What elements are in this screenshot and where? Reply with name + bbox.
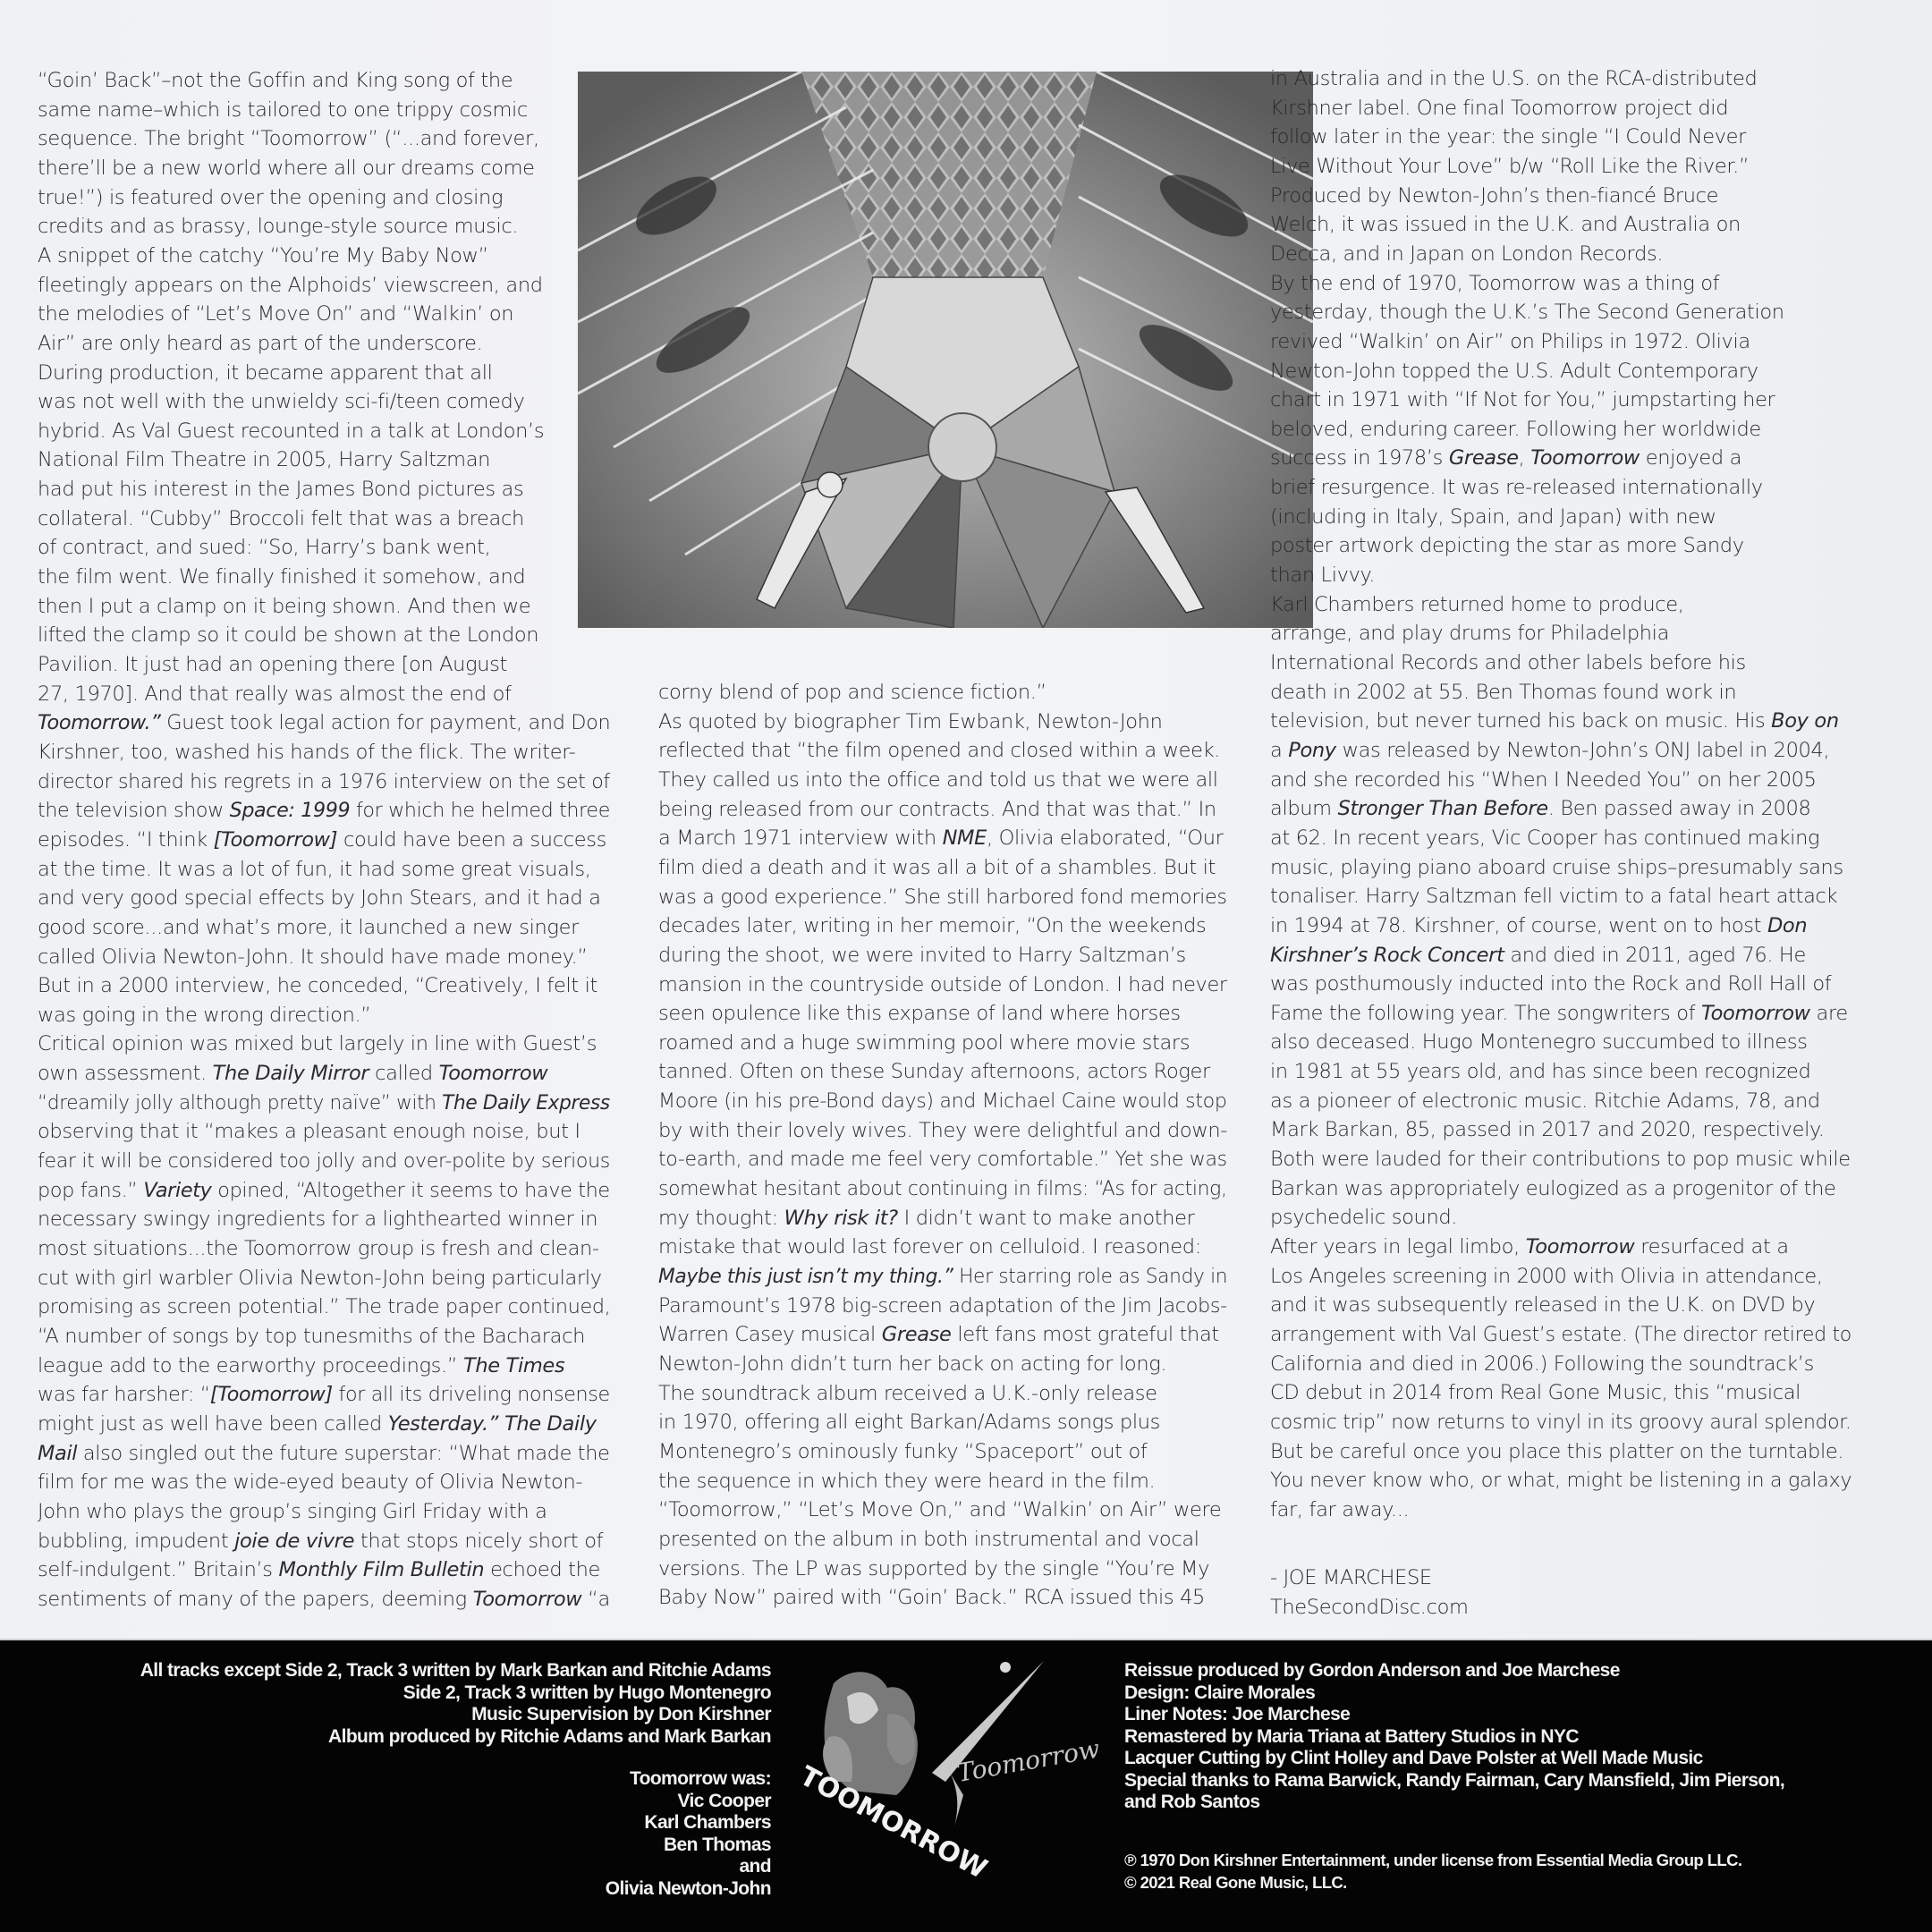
text-line: psychedelic sound. — [1270, 1203, 1457, 1233]
text-line: roamed and a huge swimming pool where mo… — [658, 1029, 1190, 1058]
text-line: bubbling, impudent joie de vivre that st… — [38, 1527, 603, 1556]
author-signature: - JOE MARCHESE — [1270, 1563, 1432, 1593]
text-line: chart in 1971 with “If Not for You,” jum… — [1270, 386, 1775, 415]
text-line: Barkan was appropriately eulogized as a … — [1270, 1174, 1836, 1204]
text-line: good score...and what’s more, it launche… — [38, 913, 579, 943]
text-line: versions. The LP was supported by the si… — [658, 1555, 1209, 1584]
text-line: in 1994 at 78. Kirshner, of course, went… — [1270, 911, 1807, 941]
songwriting-credits: All tracks except Side 2, Track 3 writte… — [140, 1660, 771, 1748]
text-line: Maybe this just isn’t my thing.” Her sta… — [658, 1262, 1227, 1292]
text-line: film for me was the wide-eyed beauty of … — [38, 1468, 582, 1497]
text-line: (including in Italy, Spain, and Japan) w… — [1270, 503, 1716, 532]
text-line: revived “Walkin’ on Air” on Philips in 1… — [1270, 327, 1750, 357]
text-line: most situations...the Toomorrow group is… — [38, 1234, 599, 1264]
text-line: and very good special effects by John St… — [38, 884, 601, 913]
text-line: Warren Casey musical Grease left fans mo… — [658, 1320, 1219, 1350]
text-line: at the time. It was a lot of fun, it had… — [38, 855, 591, 885]
text-line: Moore (in his pre-Bond days) and Michael… — [658, 1087, 1227, 1116]
text-line: and she recorded his “When I Needed You”… — [1270, 766, 1817, 795]
text-line: By the end of 1970, Toomorrow was a thin… — [1270, 269, 1719, 299]
text-line: Toomorrow.” Guest took legal action for … — [38, 708, 610, 738]
text-line: arrangement with Val Guest’s estate. (Th… — [1270, 1320, 1851, 1350]
text-line: self-indulgent.” Britain’s Monthly Film … — [38, 1555, 600, 1585]
author-website: TheSecondDisc.com — [1270, 1593, 1469, 1623]
text-line: the television show Space: 1999 for whic… — [38, 796, 610, 826]
text-line: Paramount’s 1978 big-screen adaptation o… — [658, 1292, 1227, 1321]
text-line: league add to the earworthy proceedings.… — [38, 1352, 564, 1381]
text-line: As quoted by biographer Tim Ewbank, Newt… — [658, 708, 1162, 737]
credit-line: and Rob Santos — [1124, 1792, 1784, 1814]
copyright-notice: ℗ 1970 Don Kirshner Entertainment, under… — [1124, 1850, 1741, 1894]
text-line: CD debut in 2014 from Real Gone Music, t… — [1270, 1378, 1801, 1408]
toomorrow-logo-icon: TOOMORROW Toomorrow — [780, 1648, 1129, 1916]
text-line: the film went. We finally finished it so… — [38, 563, 525, 592]
toomorrow-logo: TOOMORROW Toomorrow — [780, 1648, 1129, 1916]
text-line: corny blend of pop and science fiction.” — [658, 678, 1046, 708]
text-line: 27, 1970]. And that really was almost th… — [38, 680, 512, 709]
text-line: also deceased. Hugo Montenegro succumbed… — [1270, 1028, 1808, 1057]
text-line: hybrid. As Val Guest recounted in a talk… — [38, 417, 544, 446]
reissue-credits: Reissue produced by Gordon Anderson and … — [1124, 1660, 1784, 1814]
member-name: Karl Chambers — [606, 1812, 771, 1835]
text-line: of contract, and sued: “So, Harry’s bank… — [38, 533, 490, 563]
text-line: was going in the wrong direction.” — [38, 1001, 371, 1030]
text-line: by with their lovely wives. They were de… — [658, 1116, 1227, 1146]
credit-line: Lacquer Cutting by Clint Holley and Dave… — [1124, 1748, 1784, 1770]
text-line: Newton-John topped the U.S. Adult Contem… — [1270, 357, 1758, 386]
text-line: Montenegro’s ominously funky “Spaceport”… — [658, 1437, 1147, 1467]
text-line: tonaliser. Harry Saltzman fell victim to… — [1270, 882, 1837, 911]
credit-line: Side 2, Track 3 written by Hugo Monteneg… — [140, 1682, 771, 1705]
text-line: Kirshner, too, washed his hands of the f… — [38, 738, 575, 767]
text-line: fleetingly appears on the Alphoids’ view… — [38, 271, 543, 301]
text-line: yesterday, though the U.K.’s The Second … — [1270, 298, 1784, 327]
text-line: mistake that would last forever on cellu… — [658, 1233, 1201, 1262]
member-name: Ben Thomas — [606, 1835, 771, 1857]
spiral-staircase-image — [578, 72, 1313, 628]
text-line: promising as screen potential.” The trad… — [38, 1292, 610, 1322]
text-line: had put his interest in the James Bond p… — [38, 475, 523, 504]
text-line: called Olivia Newton-John. It should hav… — [38, 943, 588, 972]
text-line: observing that it “makes a pleasant enou… — [38, 1117, 580, 1147]
text-line: a March 1971 interview with NME, Olivia … — [658, 824, 1224, 853]
text-line: The soundtrack album received a U.K.-onl… — [658, 1379, 1157, 1409]
text-line: episodes. “I think [Toomorrow] could hav… — [38, 826, 606, 855]
member-name: and — [606, 1856, 771, 1878]
text-line: California and died in 2006.) Following … — [1270, 1350, 1814, 1379]
text-line: cut with girl warbler Olivia Newton-John… — [38, 1264, 602, 1293]
text-line: “A number of songs by top tunesmiths of … — [38, 1322, 585, 1352]
text-line: Both were lauded for their contributions… — [1270, 1145, 1851, 1174]
text-line: there’ll be a new world where all our dr… — [38, 154, 535, 183]
text-line: beloved, enduring career. Following her … — [1270, 415, 1761, 445]
credit-line: Reissue produced by Gordon Anderson and … — [1124, 1660, 1784, 1682]
text-line: fear it will be considered too jolly and… — [38, 1147, 610, 1176]
text-line: Critical opinion was mixed but largely i… — [38, 1030, 597, 1059]
text-line: album Stronger Than Before. Ben passed a… — [1270, 794, 1810, 824]
text-line: in 1981 at 55 years old, and has since b… — [1270, 1057, 1810, 1087]
text-line: then I put a clamp on it being shown. An… — [38, 592, 530, 622]
text-line: success in 1978’s Grease, Toomorrow enjo… — [1270, 444, 1741, 473]
text-line: film died a death and it was all a bit o… — [658, 853, 1216, 883]
text-line: brief resurgence. It was re-released int… — [1270, 473, 1763, 503]
phonographic-copyright: ℗ 1970 Don Kirshner Entertainment, under… — [1124, 1850, 1741, 1872]
text-line: presented on the album in both instrumen… — [658, 1525, 1199, 1555]
text-line: than Livvy. — [1270, 561, 1375, 590]
text-line: Welch, it was issued in the U.K. and Aus… — [1270, 210, 1741, 240]
text-line: Produced by Newton-John’s then-fiancé Br… — [1270, 182, 1718, 211]
text-line: But in a 2000 interview, he conceded, “C… — [38, 971, 597, 1001]
text-line: far, far away... — [1270, 1496, 1409, 1525]
text-line: music, playing piano aboard cruise ships… — [1270, 853, 1843, 883]
text-line: Decca, and in Japan on London Records. — [1270, 240, 1663, 269]
text-line: was far harsher: “[Toomorrow] for all it… — [38, 1380, 610, 1410]
text-line: my thought: Why risk it? I didn’t want t… — [658, 1204, 1195, 1233]
text-line: was not well with the unwieldy sci-fi/te… — [38, 387, 524, 417]
text-line: somewhat hesitant about continuing in fi… — [658, 1174, 1227, 1204]
text-line: at 62. In recent years, Vic Cooper has c… — [1270, 824, 1819, 853]
text-line: follow later in the year: the single “I … — [1270, 123, 1746, 152]
text-line: reflected that “the film opened and clos… — [658, 736, 1220, 766]
text-line: death in 2002 at 55. Ben Thomas found wo… — [1270, 678, 1736, 708]
text-line: Fame the following year. The songwriters… — [1270, 999, 1848, 1029]
credit-line: Liner Notes: Joe Marchese — [1124, 1704, 1784, 1726]
text-line: “Goin’ Back”–not the Goffin and King son… — [38, 66, 513, 96]
text-line: cosmic trip” now returns to vinyl in its… — [1270, 1408, 1851, 1437]
text-line: might just as well have been called Yest… — [38, 1410, 597, 1439]
film-still-photo: THE RANK ORGANISATION presents “TOOMORRO… — [578, 72, 1313, 628]
text-line: “Toomorrow,” “Let’s Move On,” and “Walki… — [658, 1496, 1221, 1525]
text-line: during the shoot, we were invited to Har… — [658, 941, 1186, 970]
text-line: Air” are only heard as part of the under… — [38, 329, 482, 359]
text-line: arrange, and play drums for Philadelphia — [1270, 619, 1669, 648]
text-line: Pavilion. It just had an opening there [… — [38, 650, 507, 680]
text-line: During production, it became apparent th… — [38, 359, 493, 388]
text-line: A snippet of the catchy “You’re My Baby … — [38, 241, 488, 271]
text-line: same name–which is tailored to one tripp… — [38, 96, 528, 125]
text-line: Kirshner’s Rock Concert and died in 2011… — [1270, 941, 1806, 970]
text-line: John who plays the group’s singing Girl … — [38, 1497, 547, 1527]
text-line: After years in legal limbo, Toomorrow re… — [1270, 1233, 1789, 1262]
credit-line: All tracks except Side 2, Track 3 writte… — [140, 1660, 771, 1682]
credit-line: Remastered by Maria Triana at Battery St… — [1124, 1726, 1784, 1749]
text-line: necessary swingy ingredients for a light… — [38, 1205, 597, 1234]
text-line: Live Without Your Love” b/w “Roll Like t… — [1270, 152, 1749, 182]
text-line: Newton-John didn’t turn her back on acti… — [658, 1350, 1166, 1379]
liner-notes-page: THE RANK ORGANISATION presents “TOOMORRO… — [0, 0, 1932, 1639]
text-line: true!”) is featured over the opening and… — [38, 183, 503, 213]
text-line: the melodies of “Let’s Move On” and “Wal… — [38, 300, 513, 329]
member-name: Olivia Newton-John — [606, 1878, 771, 1901]
text-line: in 1970, offering all eight Barkan/Adams… — [658, 1408, 1160, 1437]
band-members: Toomorrow was: Vic Cooper Karl Chambers … — [606, 1768, 771, 1900]
text-line: in Australia and in the U.S. on the RCA-… — [1270, 64, 1758, 94]
text-line: But be careful once you place this platt… — [1270, 1437, 1843, 1467]
credit-line: Design: Claire Morales — [1124, 1682, 1784, 1705]
text-line: sequence. The bright “Toomorrow” (“...an… — [38, 124, 539, 154]
text-line: They called us into the office and told … — [658, 766, 1218, 795]
text-line: pop fans.” Variety opined, “Altogether i… — [38, 1176, 610, 1206]
text-line: collateral. “Cubby” Broccoli felt that w… — [38, 504, 524, 534]
text-line: sentiments of many of the papers, deemin… — [38, 1585, 610, 1614]
credit-line: Album produced by Ritchie Adams and Mark… — [140, 1726, 771, 1749]
text-line: Mail also singled out the future superst… — [38, 1439, 610, 1469]
text-line: poster artwork depicting the star as mor… — [1270, 531, 1744, 561]
text-line: television, but never turned his back on… — [1270, 707, 1839, 736]
text-line: International Records and other labels b… — [1270, 648, 1746, 678]
text-line: Baby Now” paired with “Goin’ Back.” RCA … — [658, 1583, 1205, 1613]
text-line: lifted the clamp so it could be shown at… — [38, 621, 538, 650]
text-line: to-earth, and made me feel very comforta… — [658, 1145, 1227, 1174]
text-line: own assessment. The Daily Mirror called … — [38, 1059, 547, 1089]
text-line: being released from our contracts. And t… — [658, 795, 1216, 825]
text-line: Karl Chambers returned home to produce, — [1270, 590, 1684, 620]
credit-line: Music Supervision by Don Kirshner — [140, 1704, 771, 1726]
text-line: seen opulence like this expanse of land … — [658, 999, 1181, 1029]
text-line: tanned. Often on these Sunday afternoons… — [658, 1057, 1210, 1087]
text-line: director shared his regrets in a 1976 in… — [38, 767, 610, 797]
text-line: the sequence in which they were heard in… — [658, 1467, 1155, 1496]
credits-band: All tracks except Side 2, Track 3 writte… — [0, 1639, 1932, 1932]
copyright-line: © 2021 Real Gone Music, LLC. — [1124, 1872, 1741, 1894]
text-line: as a pioneer of electronic music. Ritchi… — [1270, 1087, 1820, 1116]
text-line: and it was subsequently released in the … — [1270, 1291, 1815, 1320]
credit-line: Special thanks to Rama Barwick, Randy Fa… — [1124, 1770, 1784, 1792]
text-line: decades later, writing in her memoir, “O… — [658, 911, 1206, 941]
text-line: was posthumously inducted into the Rock … — [1270, 970, 1831, 999]
text-line: mansion in the countryside outside of Lo… — [658, 970, 1227, 1000]
text-line: National Film Theatre in 2005, Harry Sal… — [38, 445, 490, 475]
text-line: was a good experience.” She still harbor… — [658, 883, 1227, 912]
text-line: Los Angeles screening in 2000 with Olivi… — [1270, 1262, 1823, 1292]
text-line: Mark Barkan, 85, passed in 2017 and 2020… — [1270, 1115, 1825, 1145]
members-heading: Toomorrow was: — [606, 1768, 771, 1791]
text-line: credits and as brassy, lounge-style sour… — [38, 212, 518, 241]
text-line: a Pony was released by Newton-John’s ONJ… — [1270, 736, 1829, 766]
member-name: Vic Cooper — [606, 1791, 771, 1813]
text-line: You never know who, or what, might be li… — [1270, 1466, 1851, 1496]
text-line: “dreamily jolly although pretty naïve” w… — [38, 1089, 610, 1118]
text-line: Kirshner label. One final Toomorrow proj… — [1270, 94, 1728, 123]
